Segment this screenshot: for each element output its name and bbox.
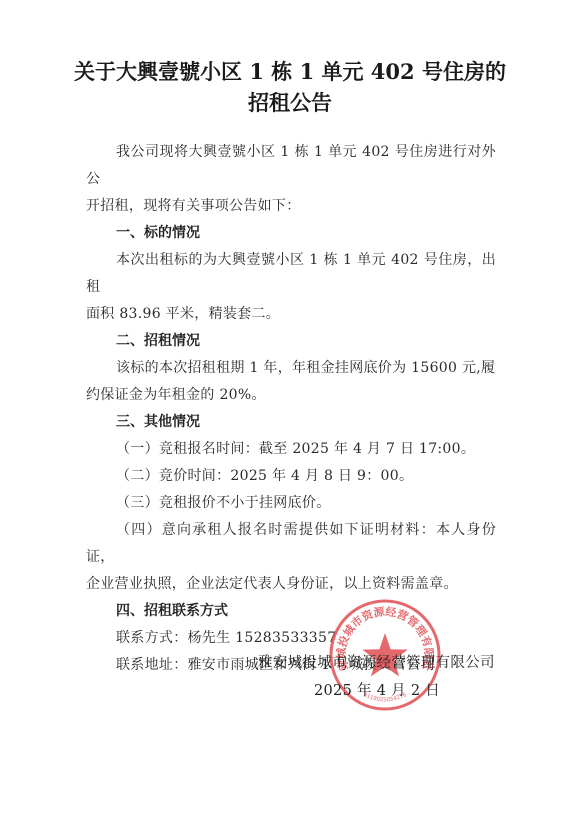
section-heading-3: 三、其他情况 <box>86 409 496 436</box>
section-heading-1: 一、标的情况 <box>86 220 496 247</box>
section-3-item-1: （一）竞租报名时间：截至 2025 年 4 月 7 日 17:00。 <box>86 436 496 463</box>
section-heading-2: 二、招租情况 <box>86 328 496 355</box>
signature-company: 雅安城投城市资源经营管理有限公司 <box>258 651 495 672</box>
section-3-item-3: （三）竞租报价不小于挂网底价。 <box>86 490 496 517</box>
intro-paragraph: 我公司现将大興壹號小区 1 栋 1 单元 402 号住房进行对外公开招租，现将有… <box>86 139 496 220</box>
section-3-item-2: （二）竞价时间：2025 年 4 月 8 日 9：00。 <box>86 463 496 490</box>
section-2-paragraph: 该标的本次招租租期 1 年，年租金挂网底价为 15600 元,履约保证金为年租金… <box>86 355 496 409</box>
document-title-line2: 招租公告 <box>60 87 520 117</box>
section-3-item-4: （四）意向承租人报名时需提供如下证明材料：本人身份证，企业营业执照，企业法定代表… <box>86 517 496 598</box>
document-title-line1: 关于大興壹號小区 1 栋 1 单元 402 号住房的 <box>60 56 520 86</box>
section-1-paragraph: 本次出租标的为大興壹號小区 1 栋 1 单元 402 号住房，出租面积 83.9… <box>86 247 496 328</box>
signature-date: 2025 年 4 月 2 日 <box>314 679 440 700</box>
